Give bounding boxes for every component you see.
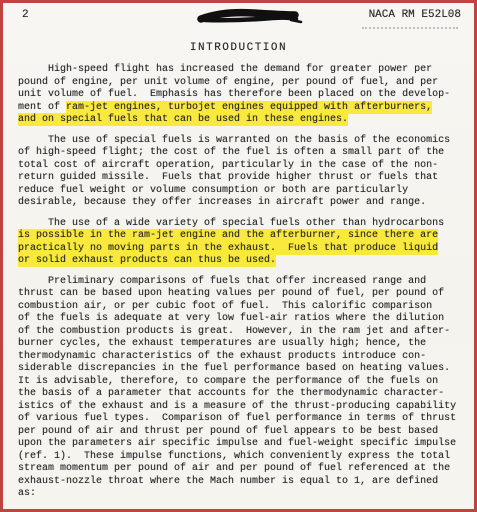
text-segment: of the fuels is adequate at very low fue… (18, 313, 444, 324)
text-line: thrust can be based upon heating values … (18, 288, 467, 301)
text-segment: upon the parameters air specific impulse… (18, 438, 456, 449)
text-line: reduce fuel weight or volume consumption… (18, 185, 467, 198)
text-segment: of the combustion products is great. How… (18, 326, 450, 337)
text-segment: combustion air, or per cubic foot of fue… (18, 301, 432, 312)
text-line: thermodynamic characteristics of the exh… (18, 351, 467, 364)
text-segment: thrust can be based upon heating values … (18, 288, 444, 299)
text-line: unit volume of fuel. Emphasis has theref… (18, 89, 467, 102)
text-line: The use of a wide variety of special fue… (18, 218, 467, 231)
text-line: is possible in the ram-jet engine and th… (18, 230, 467, 243)
paragraph: Preliminary comparisons of fuels that of… (18, 276, 467, 501)
text-line: desirable, because they offer increases … (18, 197, 467, 210)
text-line: stream momentum per pound of air and per… (18, 463, 467, 476)
text-segment: High-speed flight has increased the dema… (18, 64, 432, 75)
text-segment: of various fuel types. Comparison of fue… (18, 413, 456, 424)
paragraph: The use of special fuels is warranted on… (18, 135, 467, 210)
text-line: It is advisable, therefore, to compare t… (18, 376, 467, 389)
highlighted-text: and on special fuels that can be used in… (18, 114, 348, 125)
highlighted-text: ram-jet engines, turbojet engines equipp… (66, 102, 432, 113)
text-segment: of high-speed flight; the cost of the fu… (18, 147, 444, 158)
text-segment: reduce fuel weight or volume consumption… (18, 185, 408, 196)
text-line: siderable discrepancies in the fuel perf… (18, 363, 467, 376)
text-segment: (ref. 1). These impulse functions, which… (18, 451, 450, 462)
text-line: total cost of aircraft operation, partic… (18, 160, 467, 173)
scanned-report-page: 2 NACA RM E52L08 INTRODUCTION High-speed… (0, 0, 477, 512)
text-line: of the combustion products is great. How… (18, 326, 467, 339)
text-line: upon the parameters air specific impulse… (18, 438, 467, 451)
text-segment: It is advisable, therefore, to compare t… (18, 376, 438, 387)
text-segment: siderable discrepancies in the fuel perf… (18, 363, 450, 374)
paragraph: High-speed flight has increased the dema… (18, 64, 467, 127)
report-number: NACA RM E52L08 (369, 9, 461, 22)
text-line: of high-speed flight; the cost of the fu… (18, 147, 467, 160)
text-line: ment of ram-jet engines, turbojet engine… (18, 102, 467, 115)
text-segment: The use of a wide variety of special fue… (18, 218, 444, 229)
text-line: High-speed flight has increased the dema… (18, 64, 467, 77)
text-line: as: (18, 488, 467, 501)
text-segment: per pound of air and thrust per pound of… (18, 426, 438, 437)
text-segment: exhaust-nozzle throat where the Mach num… (18, 476, 438, 487)
text-line: (ref. 1). These impulse functions, which… (18, 451, 467, 464)
text-line: exhaust-nozzle throat where the Mach num… (18, 476, 467, 489)
text-segment: thermodynamic characteristics of the exh… (18, 351, 426, 362)
text-line: of various fuel types. Comparison of fue… (18, 413, 467, 426)
text-line: Preliminary comparisons of fuels that of… (18, 276, 467, 289)
text-segment: the basis of a parameter that accounts f… (18, 388, 444, 399)
paragraph: The use of a wide variety of special fue… (18, 218, 467, 268)
text-line: burner cycles, the exhaust temperatures … (18, 338, 467, 351)
highlighted-text: or solid exhaust products can thus be us… (18, 255, 276, 266)
text-segment: as: (18, 488, 36, 499)
scan-smudge-decoration (362, 27, 458, 29)
highlighted-text: practically no moving parts in the exhau… (18, 243, 438, 254)
text-segment: stream momentum per pound of air and per… (18, 463, 450, 474)
text-segment: istics of the exhaust and is a measure o… (18, 401, 456, 412)
text-segment: desirable, because they offer increases … (18, 197, 426, 208)
text-line: of the fuels is adequate at very low fue… (18, 313, 467, 326)
text-line: istics of the exhaust and is a measure o… (18, 401, 467, 414)
highlighted-text: is possible in the ram-jet engine and th… (18, 230, 438, 241)
text-segment: ment of (18, 102, 66, 113)
text-segment: burner cycles, the exhaust temperatures … (18, 338, 426, 349)
text-segment: Preliminary comparisons of fuels that of… (18, 276, 426, 287)
page-number: 2 (22, 9, 29, 22)
text-line: per pound of air and thrust per pound of… (18, 426, 467, 439)
text-segment: return guided missile. Fuels that provid… (18, 172, 438, 183)
text-line: practically no moving parts in the exhau… (18, 243, 467, 256)
text-line: and on special fuels that can be used in… (18, 114, 467, 127)
text-line: return guided missile. Fuels that provid… (18, 172, 467, 185)
text-line: The use of special fuels is warranted on… (18, 135, 467, 148)
text-segment: total cost of aircraft operation, partic… (18, 160, 438, 171)
document-body: High-speed flight has increased the dema… (18, 64, 467, 509)
section-title: INTRODUCTION (3, 42, 474, 55)
text-line: or solid exhaust products can thus be us… (18, 255, 467, 268)
text-line: the basis of a parameter that accounts f… (18, 388, 467, 401)
text-line: pound of engine, per unit volume of engi… (18, 77, 467, 90)
text-line: combustion air, or per cubic foot of fue… (18, 301, 467, 314)
redaction-scribble-icon (195, 8, 307, 26)
text-segment: pound of engine, per unit volume of engi… (18, 77, 438, 88)
text-segment: The use of special fuels is warranted on… (18, 135, 450, 146)
text-segment: unit volume of fuel. Emphasis has theref… (18, 89, 450, 100)
